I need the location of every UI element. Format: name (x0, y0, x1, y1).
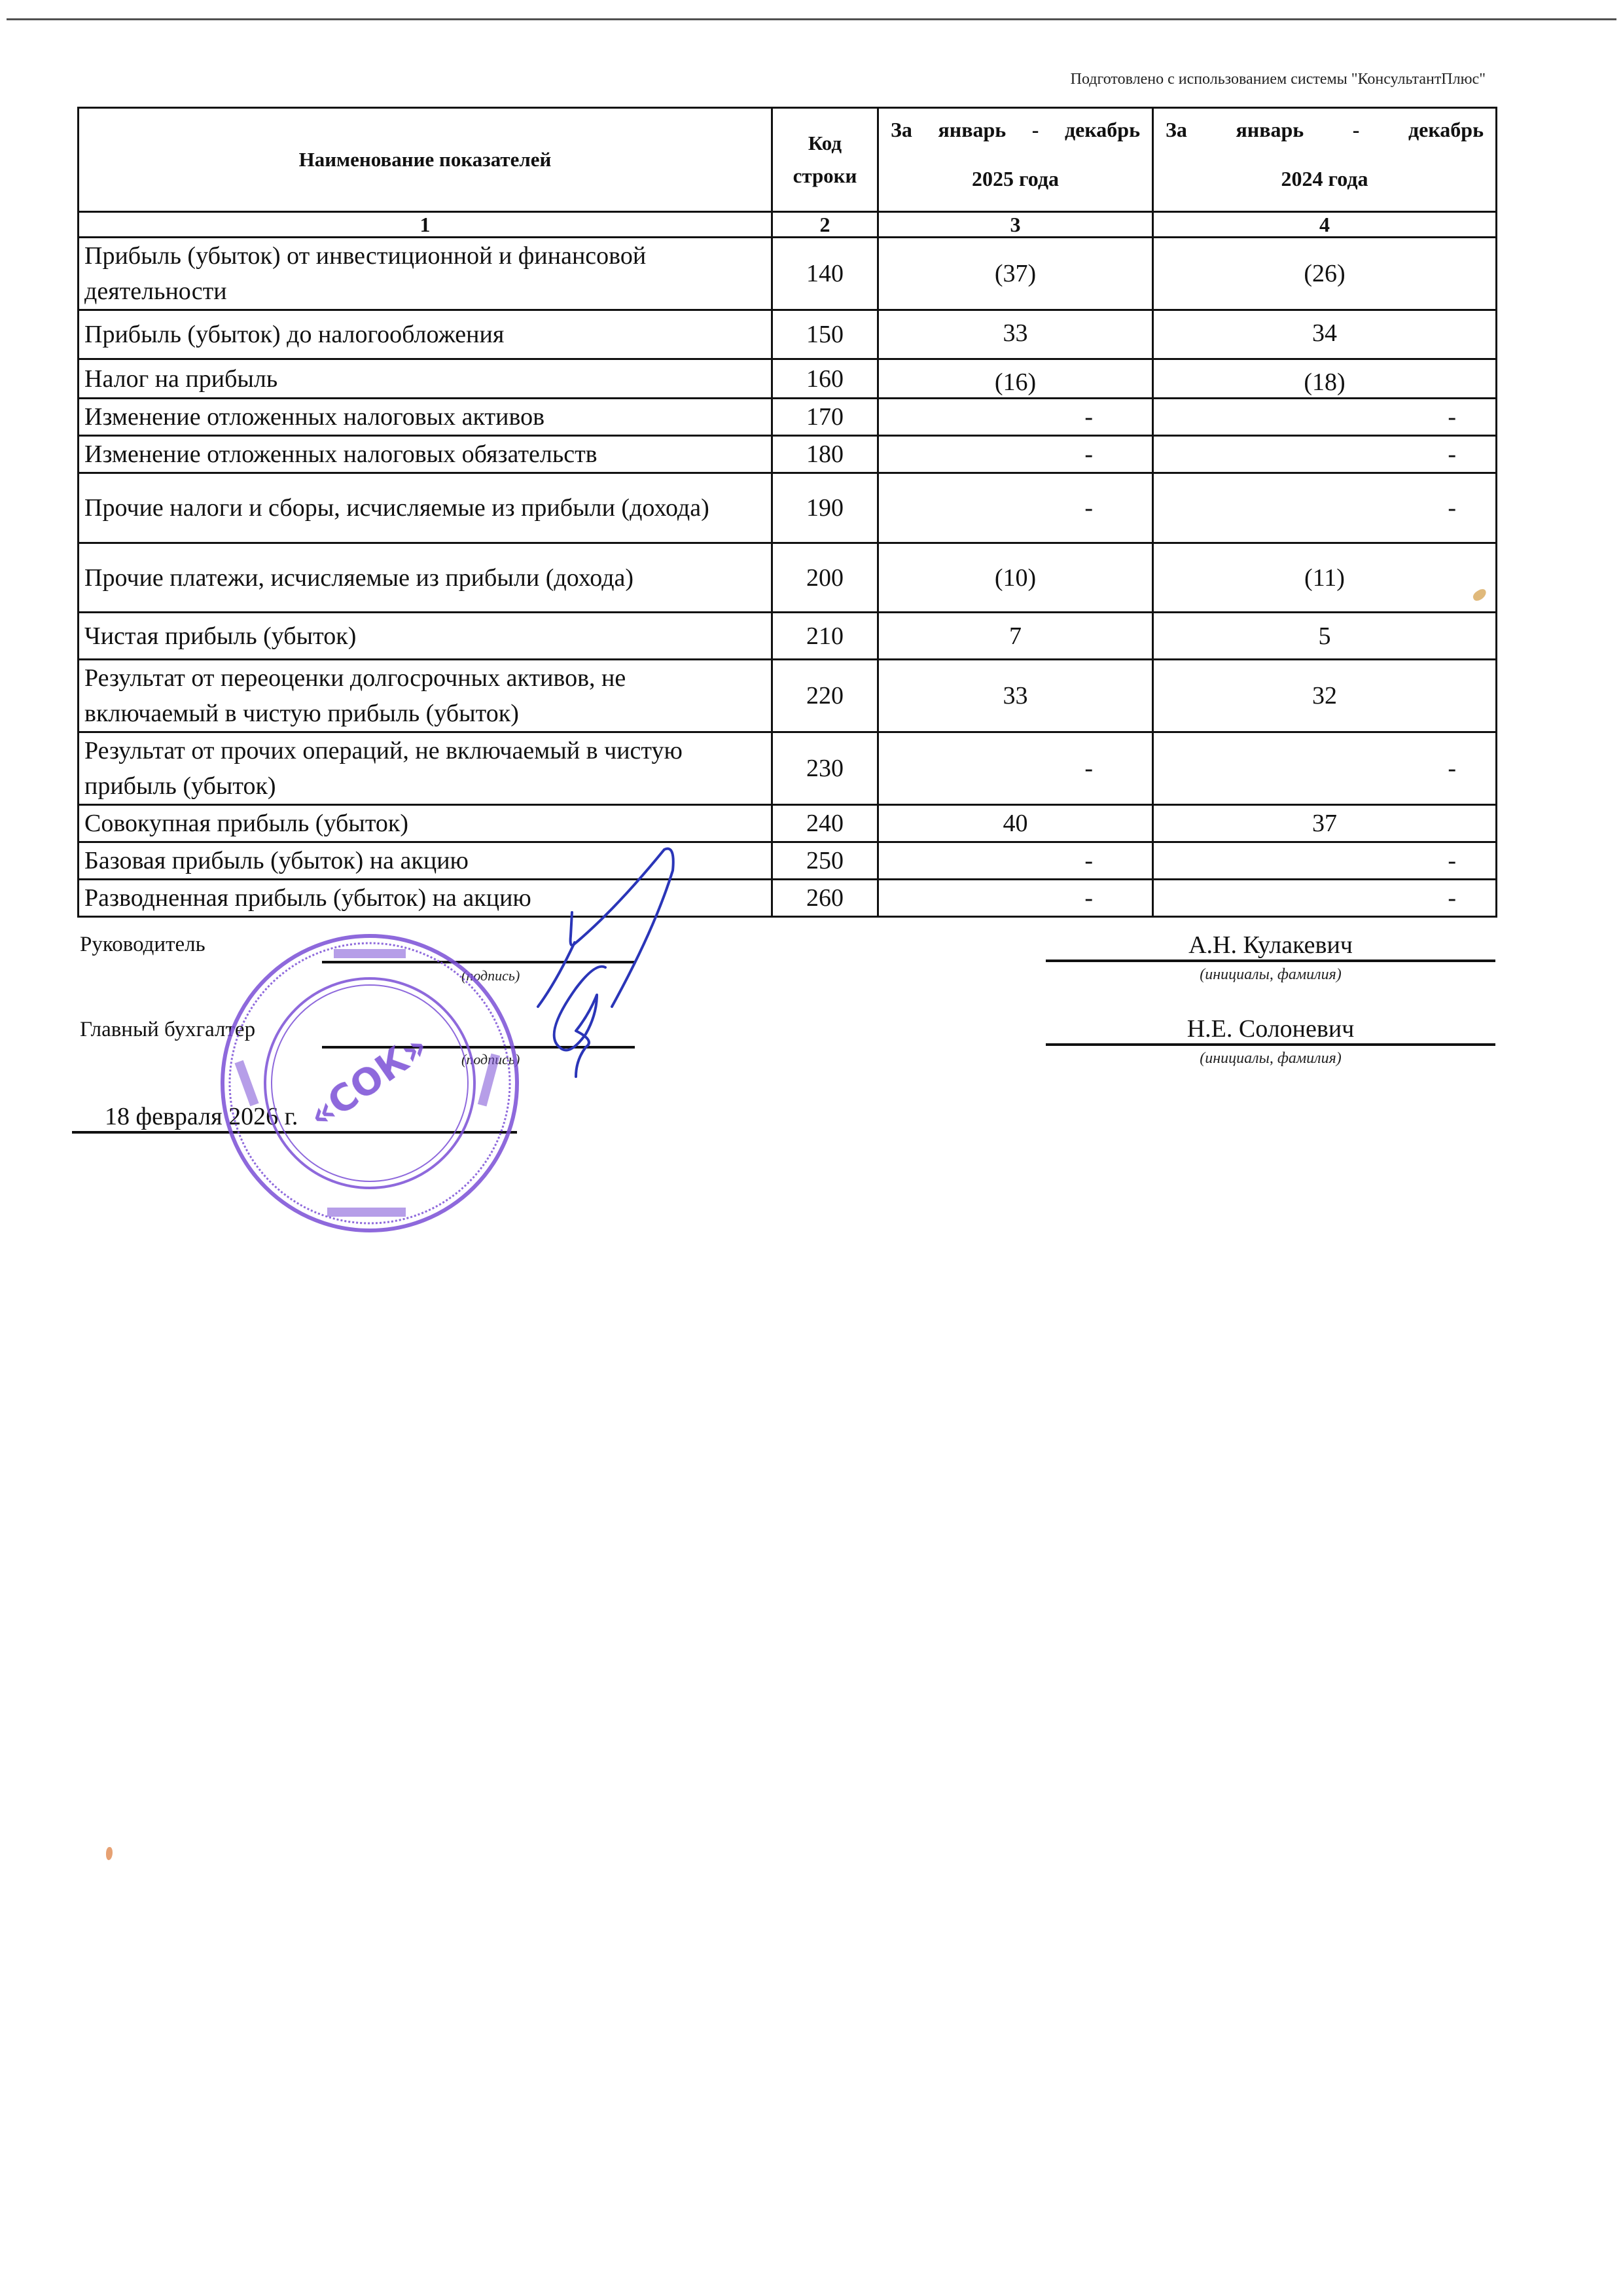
indicator-name: Результат от прочих операций, не включае… (79, 732, 772, 805)
chief-accountant-role-label: Главный бухгалтер (80, 1018, 255, 1042)
date-line (72, 1131, 517, 1134)
table-row: Прочие платежи, исчисляемые из прибыли (… (79, 543, 1497, 613)
table-header-row: Наименование показателей Код строки За я… (79, 108, 1497, 212)
value-2025: (37) (878, 238, 1153, 310)
value-2024: 32 (1153, 660, 1497, 732)
chief-accountant-name: Н.Е. Солоневич (1046, 1014, 1495, 1043)
value-2025: - (878, 399, 1153, 436)
prepared-with-note: Подготовлено с использованием системы "К… (1071, 71, 1486, 88)
head-role-label: Руководитель (80, 933, 205, 957)
period-word: январь (938, 118, 1006, 142)
line-code: 220 (772, 660, 878, 732)
value-2024: - (1153, 732, 1497, 805)
value-2025: - (878, 842, 1153, 880)
head-name-line (1046, 960, 1495, 962)
indicator-name: Разводненная прибыль (убыток) на акцию (79, 880, 772, 917)
table-row: Результат от переоценки долгосрочных акт… (79, 660, 1497, 732)
code-header-line1: Код (773, 127, 877, 160)
chief-accountant-signature-line (322, 1046, 635, 1049)
indicator-name: Изменение отложенных налоговых обязатель… (79, 436, 772, 473)
indicator-name: Совокупная прибыль (убыток) (79, 805, 772, 842)
value-2024: (18) (1153, 359, 1497, 399)
column-number: 4 (1153, 212, 1497, 238)
line-code: 210 (772, 613, 878, 660)
table-row: Чистая прибыль (убыток)21075 (79, 613, 1497, 660)
value-2025: - (878, 436, 1153, 473)
line-code: 150 (772, 310, 878, 359)
period-year-2025: 2025 года (891, 167, 1140, 191)
value-2025: - (878, 732, 1153, 805)
chief-accountant-signature-hint: (подпись) (461, 1051, 520, 1068)
column-header-2024: За январь - декабрь 2024 года (1153, 108, 1497, 212)
value-2025: (10) (878, 543, 1153, 613)
table-row: Результат от прочих операций, не включае… (79, 732, 1497, 805)
period-word: январь (1236, 118, 1304, 142)
table-row: Прочие налоги и сборы, исчисляемые из пр… (79, 473, 1497, 543)
column-header-code: Код строки (772, 108, 878, 212)
table-row: Базовая прибыль (убыток) на акцию250-- (79, 842, 1497, 880)
line-code: 230 (772, 732, 878, 805)
period-word: За (1166, 118, 1187, 142)
period-word: - (1353, 118, 1360, 142)
line-code: 260 (772, 880, 878, 917)
page-top-rule (7, 18, 1616, 20)
head-signature-hint: (подпись) (461, 967, 520, 984)
value-2024: 5 (1153, 613, 1497, 660)
indicator-name: Прибыль (убыток) до налогообложения (79, 310, 772, 359)
column-number: 1 (79, 212, 772, 238)
value-2024: 34 (1153, 310, 1497, 359)
value-2025: - (878, 880, 1153, 917)
value-2025: - (878, 473, 1153, 543)
value-2025: (16) (878, 359, 1153, 399)
table-row: Разводненная прибыль (убыток) на акцию26… (79, 880, 1497, 917)
value-2024: (26) (1153, 238, 1497, 310)
value-2025: 7 (878, 613, 1153, 660)
chief-accountant-name-line (1046, 1043, 1495, 1046)
table-row: Изменение отложенных налоговых активов17… (79, 399, 1497, 436)
indicator-name: Прочие налоги и сборы, исчисляемые из пр… (79, 473, 772, 543)
line-code: 250 (772, 842, 878, 880)
column-number: 3 (878, 212, 1153, 238)
indicator-name: Чистая прибыль (убыток) (79, 613, 772, 660)
value-2024: - (1153, 473, 1497, 543)
value-2024: - (1153, 399, 1497, 436)
table-row: Совокупная прибыль (убыток)2404037 (79, 805, 1497, 842)
chief-accountant-name-hint: (инициалы, фамилия) (1046, 1050, 1495, 1067)
period-word: - (1032, 118, 1039, 142)
indicator-name: Базовая прибыль (убыток) на акцию (79, 842, 772, 880)
table-row: Прибыль (убыток) до налогообложения15033… (79, 310, 1497, 359)
indicator-name: Прибыль (убыток) от инвестиционной и фин… (79, 238, 772, 310)
period-word: декабрь (1065, 118, 1140, 142)
line-code: 140 (772, 238, 878, 310)
column-header-name: Наименование показателей (79, 108, 772, 212)
period-word: За (891, 118, 912, 142)
code-header-line2: строки (773, 160, 877, 192)
head-signature-line (322, 961, 635, 963)
value-2024: (11) (1153, 543, 1497, 613)
paper-stain (106, 1847, 113, 1860)
head-name: А.Н. Кулакевич (1046, 931, 1495, 960)
line-code: 160 (772, 359, 878, 399)
value-2025: 33 (878, 660, 1153, 732)
line-code: 190 (772, 473, 878, 543)
indicator-name: Изменение отложенных налоговых активов (79, 399, 772, 436)
column-header-2025: За январь - декабрь 2025 года (878, 108, 1153, 212)
indicator-name: Прочие платежи, исчисляемые из прибыли (… (79, 543, 772, 613)
value-2025: 40 (878, 805, 1153, 842)
table-row: Налог на прибыль160(16)(18) (79, 359, 1497, 399)
value-2024: 37 (1153, 805, 1497, 842)
indicator-name: Налог на прибыль (79, 359, 772, 399)
table-body: Прибыль (убыток) от инвестиционной и фин… (79, 238, 1497, 917)
period-word: декабрь (1408, 118, 1484, 142)
line-code: 240 (772, 805, 878, 842)
table-row: Изменение отложенных налоговых обязатель… (79, 436, 1497, 473)
value-2024: - (1153, 436, 1497, 473)
value-2024: - (1153, 880, 1497, 917)
line-code: 180 (772, 436, 878, 473)
value-2025: 33 (878, 310, 1153, 359)
head-name-hint: (инициалы, фамилия) (1046, 966, 1495, 984)
table-row: Прибыль (убыток) от инвестиционной и фин… (79, 238, 1497, 310)
line-code: 200 (772, 543, 878, 613)
line-code: 170 (772, 399, 878, 436)
indicator-name: Результат от переоценки долгосрочных акт… (79, 660, 772, 732)
report-date: 18 февраля 2026 г. (105, 1102, 298, 1131)
column-number: 2 (772, 212, 878, 238)
value-2024: - (1153, 842, 1497, 880)
period-year-2024: 2024 года (1166, 167, 1484, 191)
seal-center-text: «СОК» (301, 1025, 437, 1138)
financial-results-table: Наименование показателей Код строки За я… (77, 107, 1497, 918)
column-number-row: 1 2 3 4 (79, 212, 1497, 238)
